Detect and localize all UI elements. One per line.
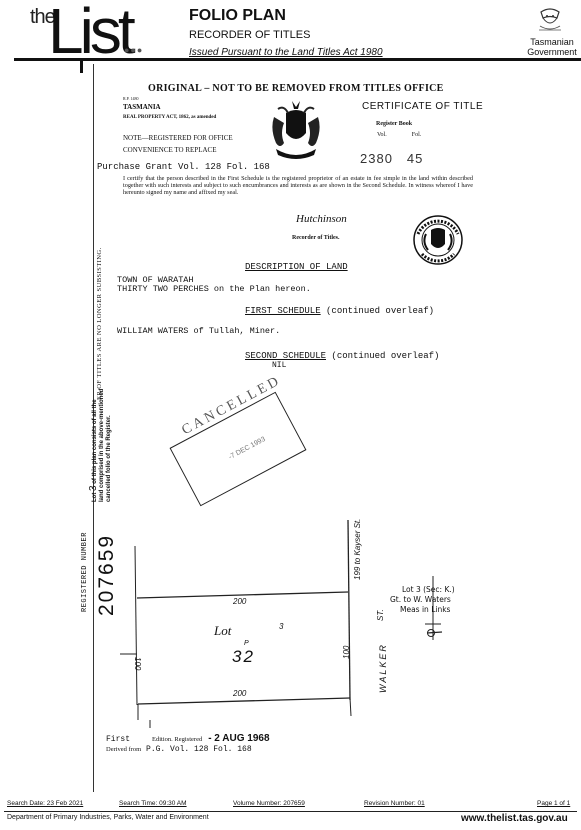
boundary-dimension-left: 100 — [133, 657, 142, 670]
edition-label: Edition. Registered — [152, 736, 202, 743]
plan-note: Lot 3 (Sec: K.) Gt. to W. Waters Meas in… — [400, 585, 455, 615]
registered-date: - 2 AUG 1968 — [208, 733, 269, 744]
boundary-dimension-top: 200 — [233, 597, 246, 606]
footer-rule — [4, 811, 577, 812]
derived-line: Derived from P.G. Vol. 128 Fol. 168 — [106, 745, 252, 754]
walker-street-label: WALKER — [378, 643, 388, 693]
kayser-street-label: 199 to Kayser St. — [353, 519, 362, 580]
derived-reference: P.G. Vol. 128 Fol. 168 — [146, 745, 252, 754]
search-time: Search Time: 09:30 AM — [119, 800, 187, 807]
website-link[interactable]: www.thelist.tas.gov.au — [461, 813, 568, 824]
plan-note-line-3: Meas in Links — [400, 605, 455, 615]
edition-word: First — [106, 735, 130, 744]
derived-label: Derived from — [106, 746, 141, 753]
lot-area: 32 — [232, 647, 255, 667]
search-date: Search Date: 23 Feb 2021 — [7, 800, 83, 807]
north-arrow-icon — [425, 628, 443, 638]
plan-note-line-1: Lot 3 (Sec: K.) — [400, 585, 455, 595]
page-indicator: Page 1 of 1 — [537, 800, 570, 807]
lot-number: 3 — [279, 622, 283, 631]
volume-number: Volume Number: 207659 — [233, 800, 305, 807]
lot-label: Lot — [214, 623, 231, 639]
department-name: Department of Primary Industries, Parks,… — [7, 814, 209, 821]
boundary-dimension-right: 100 — [342, 646, 351, 659]
revision-number: Revision Number: 01 — [364, 800, 425, 807]
street-abbreviation: ST. — [376, 609, 385, 621]
lot-plan-drawing — [0, 0, 581, 830]
plan-note-line-2: Gt. to W. Waters — [390, 595, 455, 605]
area-unit: P — [244, 640, 249, 647]
boundary-dimension-bottom: 200 — [233, 689, 246, 698]
edition-line: FirstEdition. Registered- 2 AUG 1968 — [106, 733, 270, 744]
